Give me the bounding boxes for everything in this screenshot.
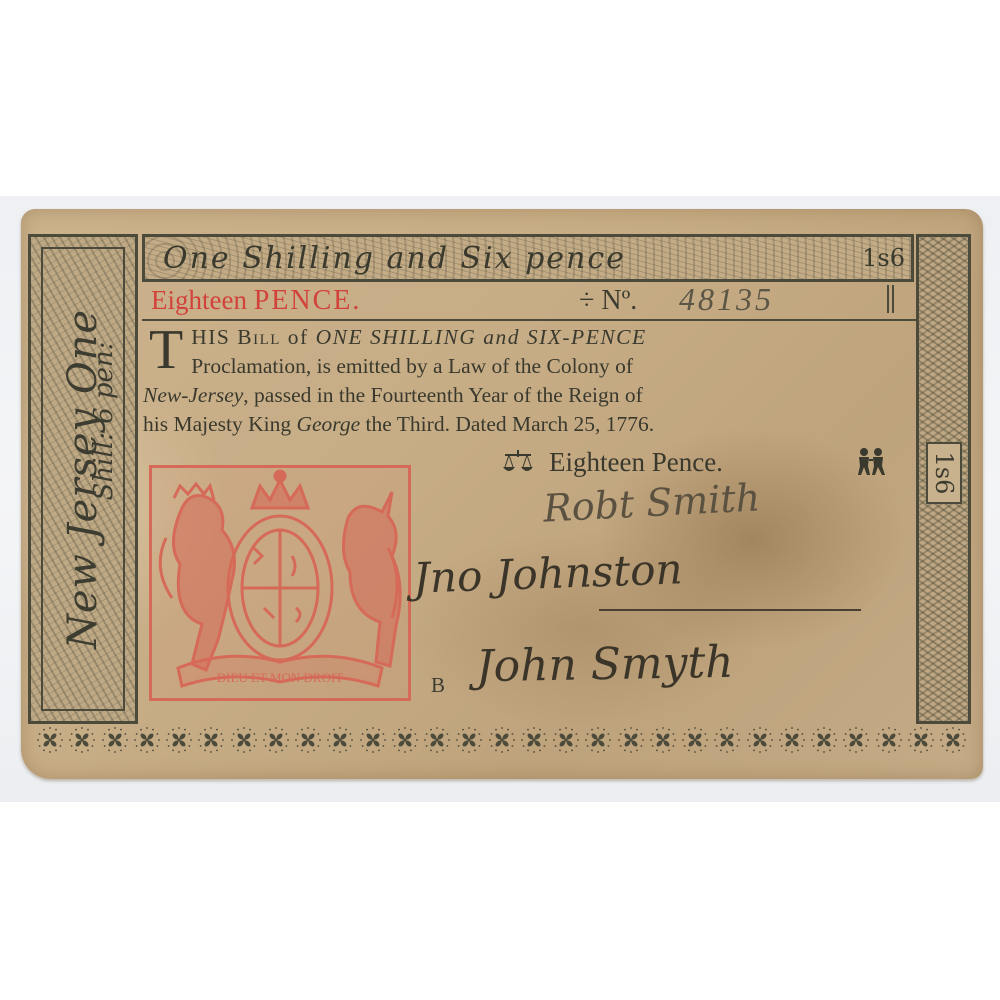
flower-ornament-icon — [134, 727, 160, 753]
flower-ornament-icon — [843, 727, 869, 753]
flower-ornament-icon — [360, 727, 386, 753]
flower-ornament-icon — [521, 727, 547, 753]
flower-ornament-icon — [618, 727, 644, 753]
flower-ornament-icon — [489, 727, 515, 753]
body-line-1: HIS Bill of ONE SHILLING and SIX-PENCE — [143, 323, 918, 352]
right-engraved-panel: 1s6 — [916, 234, 971, 724]
drop-cap: T — [149, 325, 183, 375]
arms-motto-text: DIEU ET MON DROIT — [217, 670, 344, 685]
flower-ornament-icon — [231, 727, 257, 753]
signature-2-flourish — [599, 609, 861, 611]
serial-number: 48135 — [679, 281, 774, 318]
body-line-2: Proclamation, is emitted by a Law of the… — [143, 352, 918, 381]
flower-ornament-icon — [908, 727, 934, 753]
flower-ornament-icon — [682, 727, 708, 753]
red-denomination: Eighteen PENCE. — [151, 285, 361, 317]
flower-ornament-icon — [295, 727, 321, 753]
serial-label: ÷ Nº. — [579, 285, 637, 317]
flower-ornament-icon — [166, 727, 192, 753]
flower-ornament-icon — [37, 727, 63, 753]
flower-ornament-icon — [811, 727, 837, 753]
body-line-4: his Majesty King George the Third. Dated… — [143, 410, 918, 439]
flower-ornament-icon — [553, 727, 579, 753]
twins-icon — [853, 447, 889, 477]
proclamation-text: T HIS Bill of ONE SHILLING and SIX-PENCE… — [143, 323, 918, 439]
flower-ornament-icon — [940, 727, 966, 753]
left-engraved-panel: New Jersey One Shill: 6 pen: — [28, 234, 138, 724]
signature-3: John Smyth — [476, 637, 734, 692]
top-banner-code: 1s6 — [862, 244, 905, 272]
header-rule — [142, 319, 916, 321]
flower-ornament-icon — [69, 727, 95, 753]
flower-ornament-icon — [102, 727, 128, 753]
denomination-text: Eighteen Pence. — [549, 447, 723, 478]
flower-ornament-icon — [198, 727, 224, 753]
left-panel-script-2: Shill: 6 pen: — [89, 341, 119, 500]
flower-ornament-icon — [585, 727, 611, 753]
royal-coat-of-arms: DIEU ET MON DROIT — [149, 465, 411, 701]
top-engraved-banner: One Shilling and Six pence 1s6 — [142, 234, 914, 282]
body-line-3: New-Jersey, passed in the Fourteenth Yea… — [143, 381, 918, 410]
denomination-line: Eighteen Pence. — [501, 445, 723, 479]
right-panel-code: 1s6 — [930, 452, 958, 495]
flower-ornament-icon — [650, 727, 676, 753]
flower-ornament-icon — [327, 727, 353, 753]
signature-1: Robt Smith — [542, 475, 761, 530]
top-banner-script: One Shilling and Six pence — [163, 241, 626, 276]
double-bar-ornament — [887, 285, 894, 313]
colonial-banknote: New Jersey One Shill: 6 pen: One Shillin… — [21, 209, 983, 779]
scales-icon — [501, 449, 535, 475]
plate-letter: B — [431, 673, 445, 698]
flower-ornament-icon — [779, 727, 805, 753]
coat-of-arms-art: DIEU ET MON DROIT — [152, 468, 408, 698]
flower-ornament-icon — [263, 727, 289, 753]
flower-ornament-icon — [747, 727, 773, 753]
flower-ornament-icon — [392, 727, 418, 753]
flower-ornament-icon — [714, 727, 740, 753]
bottom-flower-border — [29, 725, 974, 755]
red-denomination-word: Eighteen — [151, 285, 247, 315]
flower-ornament-icon — [424, 727, 450, 753]
flower-ornament-icon — [456, 727, 482, 753]
red-denomination-caps: PENCE. — [254, 285, 362, 316]
flower-ornament-icon — [876, 727, 902, 753]
right-denomination-box: 1s6 — [926, 442, 962, 504]
signature-2: Jno Johnston — [412, 544, 683, 602]
